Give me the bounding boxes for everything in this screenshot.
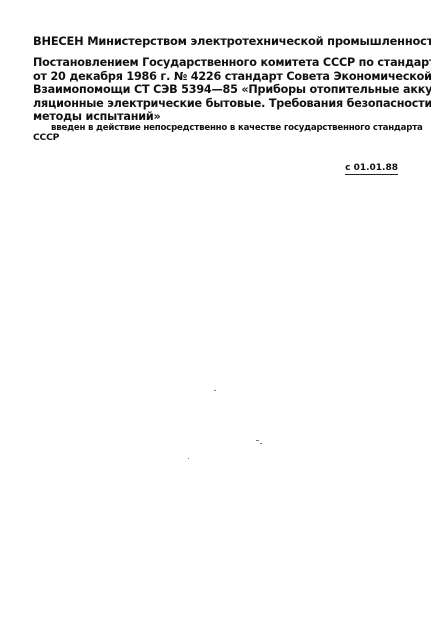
introduced-line-2: СССР bbox=[33, 132, 398, 143]
introduced-by-heading: ВНЕСЕН Министерством электротехнической … bbox=[33, 34, 431, 48]
resolution-line-3: Взаимопомощи СТ СЭВ 5394—85 «Приборы ото… bbox=[33, 83, 398, 96]
scan-speck bbox=[214, 390, 216, 391]
effective-date: с 01.01.88 bbox=[345, 163, 398, 175]
resolution-line-4: ляционные электрические бытовые. Требова… bbox=[33, 97, 398, 110]
resolution-line-2: от 20 декабря 1986 г. № 4226 стандарт Со… bbox=[33, 70, 398, 83]
scan-speck bbox=[260, 443, 262, 444]
scan-speck bbox=[188, 458, 189, 459]
scan-speck bbox=[256, 440, 259, 441]
resolution-line-5: методы испытаний» bbox=[33, 110, 398, 123]
resolution-line-1: Постановлением Государственного комитета… bbox=[33, 56, 398, 69]
document-page: ВНЕСЕН Министерством электротехнической … bbox=[0, 0, 431, 618]
